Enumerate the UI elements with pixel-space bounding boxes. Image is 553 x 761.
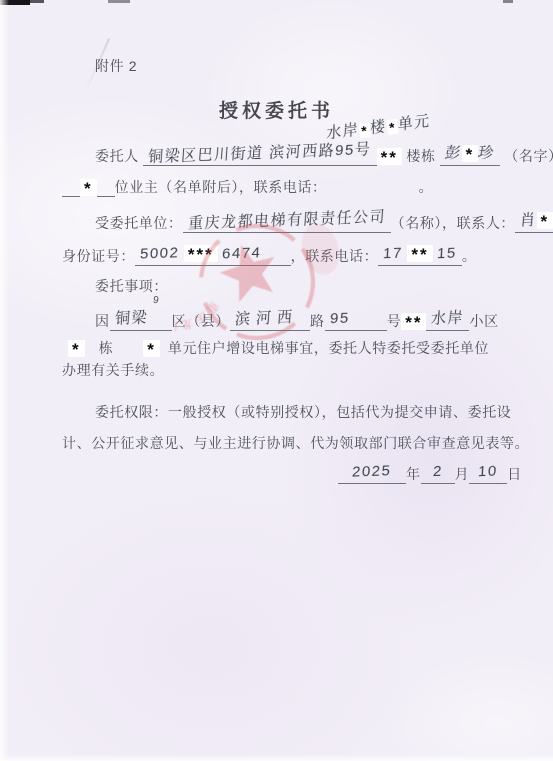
trustee-contact-underline: 肖*炳 — [515, 210, 553, 233]
matter-prefix: 因 — [95, 313, 110, 329]
road-handwritten: 滨河西 — [234, 308, 298, 330]
estate-underline: 水岸 — [426, 308, 469, 331]
blank-underline — [62, 195, 80, 197]
redaction-mark: * — [143, 340, 160, 357]
number-handwritten: 95 — [329, 309, 350, 330]
blank-underline — [97, 195, 115, 197]
authority-line1: 委托权限：一般授权（或特别授权），包括代为提交申请、委托设 — [95, 402, 511, 422]
day-handwritten: 10 — [478, 462, 499, 483]
phone-suffix-handwritten: 15 — [436, 244, 457, 265]
year-handwritten: 2025 — [352, 461, 393, 482]
road-underline: 滨河西 — [230, 308, 310, 331]
month-label: 月 — [455, 466, 470, 482]
redaction-mark: * — [537, 212, 553, 229]
client-name-first: 彭 — [443, 144, 464, 165]
date-line: 2025年2月10日 — [338, 461, 522, 484]
scan-artifact-top — [30, 0, 44, 3]
owners-line: *位业主（名单附后），联系电话：。 — [62, 177, 433, 197]
matter-mid2: 路 — [310, 313, 325, 329]
month-underline: 2 — [421, 461, 455, 484]
scanned-document-page: 附件 2 授权委托书 水岸*楼*单元 委托人 铜梁区巴川街道 滨河西路95号**… — [0, 0, 553, 761]
matter-suffix: 小区 — [469, 313, 498, 329]
trustee-contact-first: 肖 — [519, 211, 537, 232]
phone-prefix-handwritten: 17 — [383, 244, 404, 265]
year-underline: 2025 — [338, 461, 406, 484]
client-name-underline: 彭*珍 — [440, 143, 500, 166]
owners-period: 。 — [419, 179, 434, 195]
seal-smear — [296, 220, 345, 279]
redaction-mark: ** — [401, 313, 426, 330]
year-label: 年 — [406, 466, 421, 482]
redaction-mark: ** — [377, 148, 402, 165]
month-handwritten: 2 — [432, 462, 443, 482]
redaction-mark: * — [68, 340, 85, 357]
stray-mark: 9 — [152, 295, 159, 307]
district-handwritten: 铜梁 — [114, 308, 148, 329]
matter-line2-text: 单元住户增设电梯事宜，委托人特委托受委托单位 — [168, 340, 489, 356]
district-underline: 铜梁 — [110, 308, 172, 331]
page-title: 授权委托书 — [0, 96, 553, 123]
scan-artifact-topright — [503, 0, 513, 3]
building-unit-label: 栋 — [99, 340, 114, 356]
client-line: 委托人 铜梁区巴川街道 滨河西路95号** 楼栋 彭*珍 （名字）等 — [95, 143, 553, 166]
annotation-part2: 楼 — [370, 115, 387, 138]
day-label: 日 — [507, 466, 522, 482]
client-address-handwritten: 铜梁区巴川街道 滨河西路95号 — [148, 140, 373, 168]
owners-text: 位业主（名单附后），联系电话： — [115, 179, 327, 195]
trustee-label: 受委托单位： — [95, 215, 183, 231]
redaction-mark: * — [80, 179, 97, 196]
matter-mid1: 区（县） — [172, 313, 230, 329]
client-address-underline: 铜梁区巴川街道 滨河西路95号 — [143, 143, 376, 166]
id-prefix-handwritten: 5002 — [139, 243, 180, 264]
id-line-period: 。 — [462, 248, 477, 264]
client-label: 委托人 — [95, 148, 139, 164]
phone-underline: 17 ** 15 — [378, 243, 462, 266]
scan-edge-bottom — [0, 754, 553, 761]
matter-line3: 办理有关手续。 — [62, 360, 164, 380]
authority-line2: 计、公开征求意见、与业主进行协调、代为领取部门联合审查意见表等。 — [62, 433, 529, 453]
client-name-last: 珍 — [476, 144, 496, 165]
attachment-label: 附件 2 — [95, 56, 137, 76]
trustee-name-label: （名称），联系人： — [391, 215, 515, 231]
day-underline: 10 — [469, 461, 507, 484]
redaction-mark: ** — [407, 245, 432, 262]
estate-handwritten: 水岸 — [431, 308, 465, 329]
annotation-part3: 单元 — [398, 109, 431, 134]
matter-line1: 因铜梁区（县）滨河西路95号**水岸小区 — [95, 308, 499, 331]
matters-heading: 委托事项： — [95, 276, 168, 296]
matter-line2: *栋*单元住户增设电梯事宜，委托人特委托受委托单位 — [68, 338, 489, 358]
seal-star — [214, 237, 284, 305]
scan-artifact-top2 — [108, 0, 130, 3]
number-underline: 95 — [325, 308, 387, 331]
matter-mid3: 号 — [387, 313, 402, 329]
id-label: 身份证号： — [62, 248, 135, 264]
client-suffix: （名字）等 — [504, 148, 553, 164]
building-label: 楼栋 — [406, 148, 435, 164]
